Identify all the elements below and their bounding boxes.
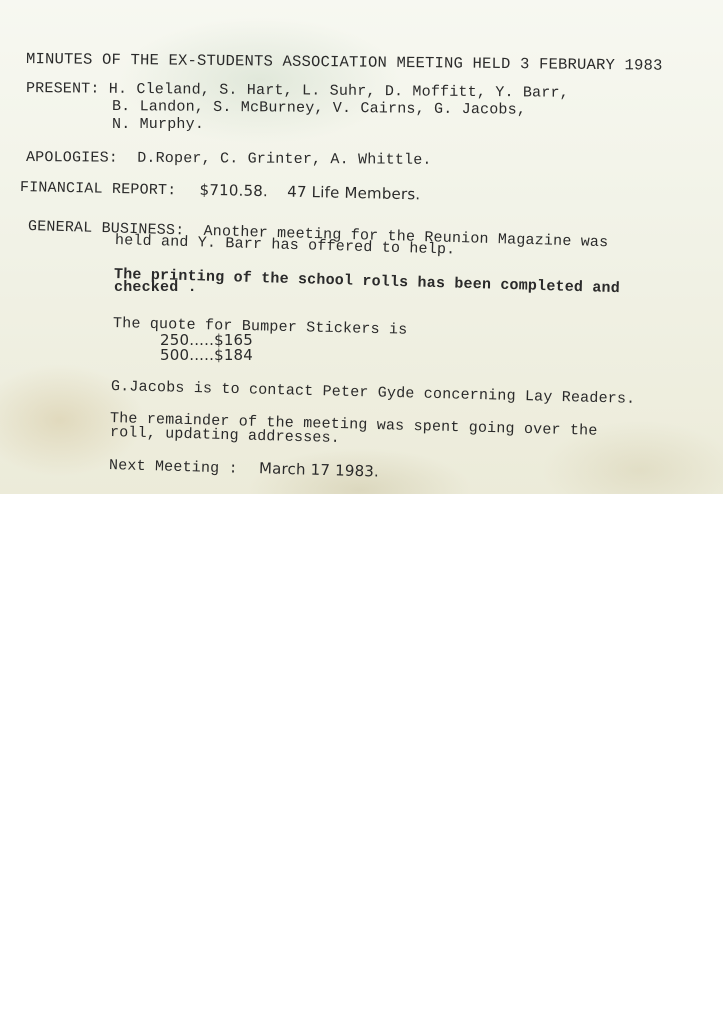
present-names-3: N. Murphy. (112, 116, 204, 133)
quote-500: 500.....$184 (160, 346, 253, 364)
next-meeting-line: Next Meeting : March 17 1983. (109, 455, 380, 482)
document-title: MINUTES OF THE EX-STUDENTS ASSOCIATION M… (26, 50, 663, 75)
next-meeting-date: March 17 1983. (259, 459, 380, 480)
financial-report-line: FINANCIAL REPORT: $710.58. 47 Life Membe… (20, 177, 421, 204)
next-meeting-label: Next Meeting : (109, 457, 238, 478)
scanned-minutes-page: MINUTES OF THE EX-STUDENTS ASSOCIATION M… (0, 0, 723, 494)
present-line-1: PRESENT: H. Cleland, S. Hart, L. Suhr, D… (26, 80, 569, 102)
present-label: PRESENT: (26, 80, 100, 98)
gb-item3-line1: The quote for Bumper Stickers is (113, 315, 408, 339)
life-members: 47 Life Members. (287, 183, 420, 204)
gb-item4: G.Jacobs is to contact Peter Gyde concer… (111, 378, 636, 408)
financial-report-label: FINANCIAL REPORT: (20, 179, 177, 199)
gb-item2-line2: checked . (114, 279, 197, 296)
apologies-label: APOLOGIES: (26, 149, 118, 167)
financial-amount: $710.58. (199, 181, 268, 200)
apologies-names: D.Roper, C. Grinter, A. Whittle. (137, 150, 432, 169)
apologies-line: APOLOGIES: D.Roper, C. Grinter, A. Whitt… (26, 149, 432, 169)
